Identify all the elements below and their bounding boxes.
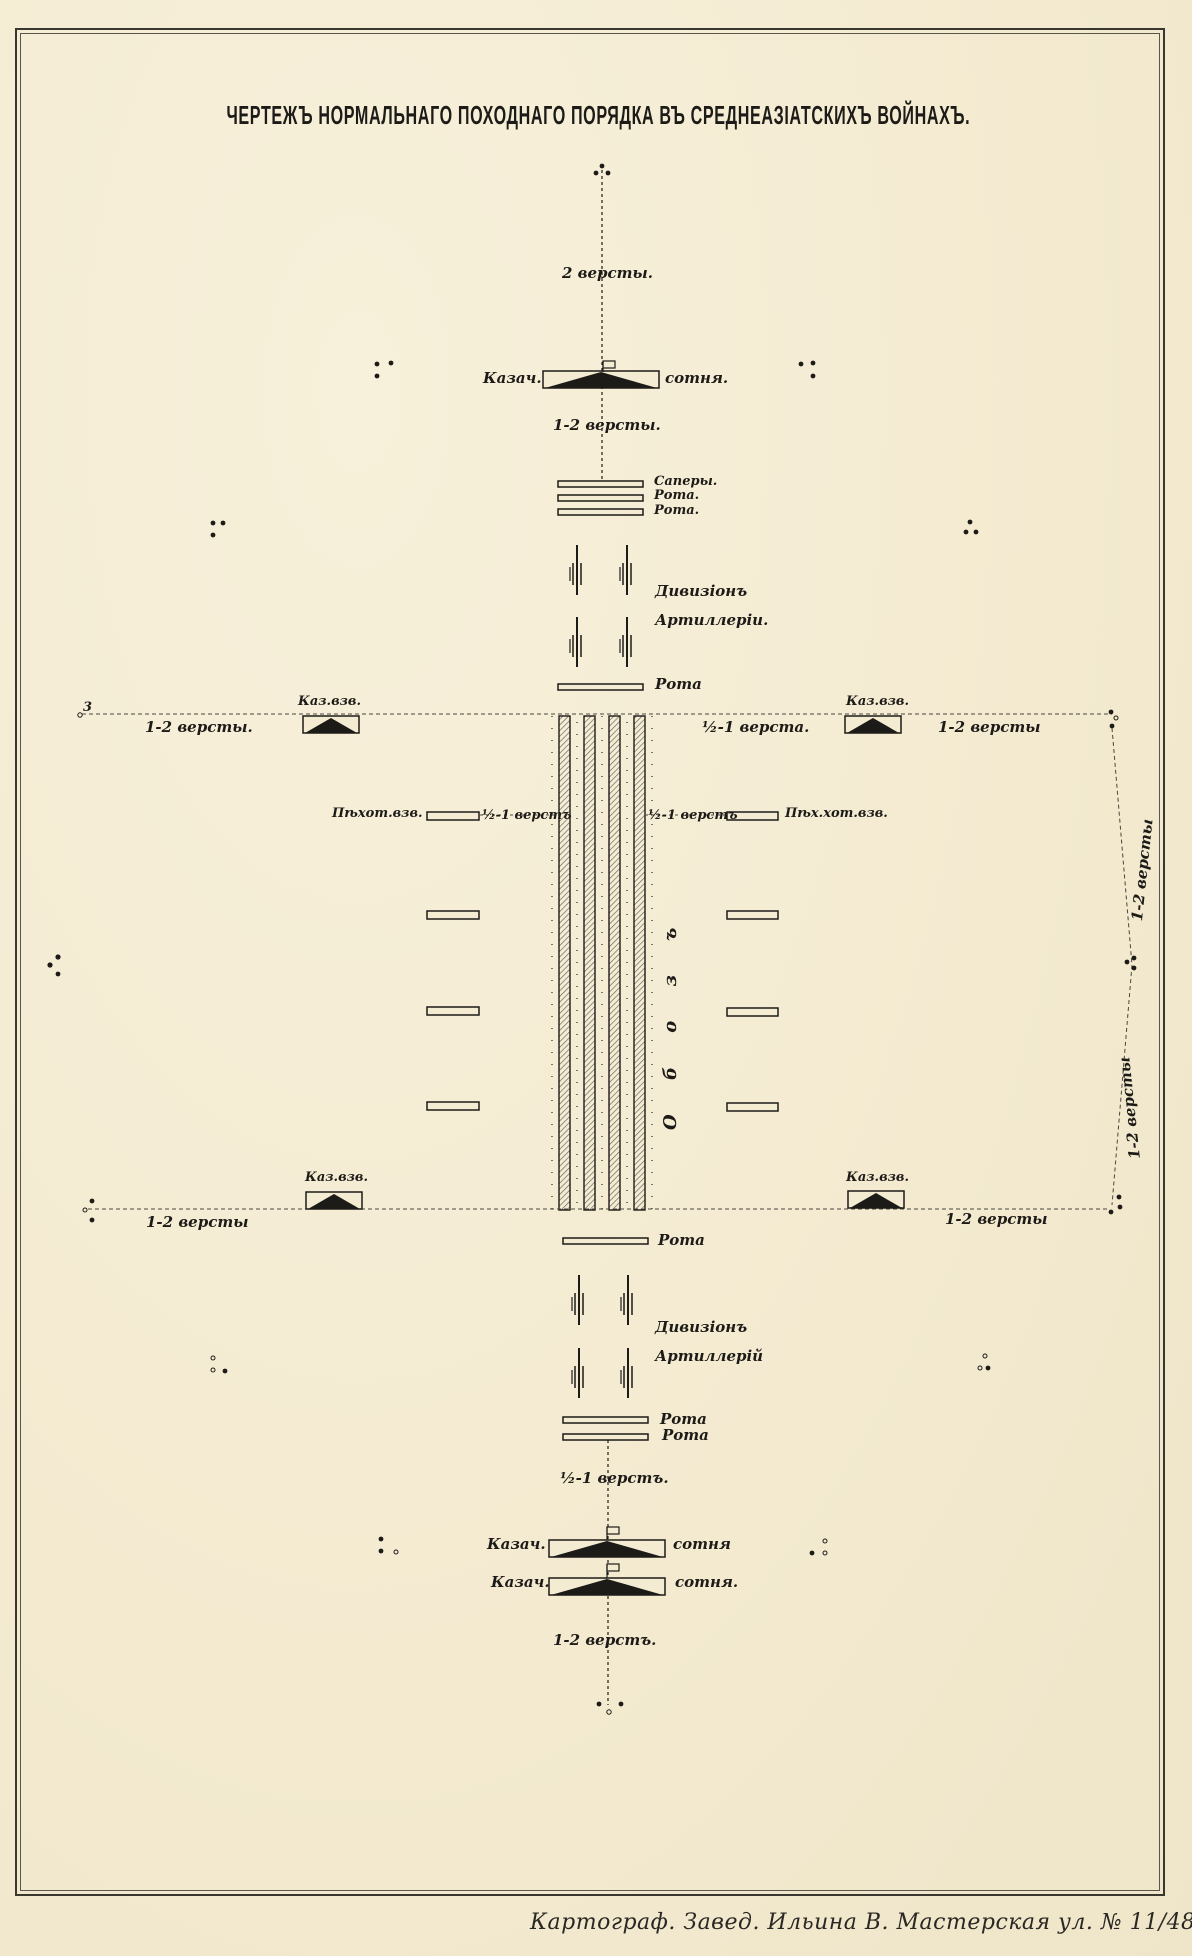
vanguard-artillery [570,545,631,667]
rear-patrol-dots [597,1702,624,1715]
label-rear-distance-2: 1-2 верстъ. [553,1631,656,1649]
right-infantry-platoons [727,812,778,1111]
baggage-train-columns [552,716,652,1210]
vanguard-cossack-sotnia [543,361,659,388]
label-infantry-right-distance: ½-1 верстъ [648,808,738,823]
label-artillery-division: Дивизiонъ [655,582,747,600]
advance-patrol-dots [594,164,611,176]
label-infantry-right: Пѣх.хот.взв. [785,806,888,821]
label-lower-right-cossack: Каз.взв. [846,1170,909,1185]
label-artillery: Артиллерiи. [655,611,768,629]
outer-dot-groups [211,520,979,538]
label-company-1: Рота. [654,488,699,503]
label-infantry-left: Пѣхот.взв. [332,806,423,821]
label-lower-left-cossack: Каз.взв. [305,1170,368,1185]
upper-left-cossack-box [303,716,359,733]
label-sappers: Саперы. [654,474,717,489]
label-cossack-left: Казач. [483,369,542,387]
label-baggage-train: О б о з ъ [660,914,681,1130]
label-upper-left-cossack: Каз.взв. [298,694,361,709]
lower-left-dots [83,1199,94,1223]
rearguard-artillery [572,1275,632,1398]
march-order-diagram [0,0,1192,1956]
upper-right-dots [1109,710,1118,729]
label-infantry-left-distance: ½-1 верстъ [482,808,572,823]
label-distance-2-versts: 2 версты. [562,264,653,282]
rearguard-companies [563,1417,648,1440]
label-rear-company-3: Рота [662,1426,709,1444]
rear-cossack-sotnia-1 [549,1527,665,1557]
label-upper-right-inner-distance: ½-1 верста. [702,718,809,736]
label-rear-cossack-1-left: Казач. [487,1535,546,1553]
label-lower-left-distance: 1-2 версты [146,1213,248,1231]
lower-right-cossack-box [848,1191,904,1208]
label-rear-artillery: Артиллерiй [655,1347,763,1365]
label-rear-company-1: Рота [658,1231,705,1249]
lower-left-cossack-box [306,1192,362,1209]
label-rear-cossack-1-right: сотня [673,1535,731,1553]
publisher-footer: Картограф. Завед. Ильина В. Мастерская у… [530,1910,1192,1935]
label-upper-left-distance: 1-2 версты. [145,718,253,736]
lower-right-dots [1109,1195,1123,1215]
sapper-companies [558,481,643,515]
upper-right-cossack-box [845,716,901,733]
left-mid-dots [47,954,60,976]
rear-cossack-sotnia-2 [549,1564,665,1595]
label-company-3: Рота [655,675,702,693]
label-distance-1-2-versts: 1-2 версты. [553,416,661,434]
corner-mark: 3 [83,700,92,715]
rear-outer-dots [211,1354,990,1373]
label-cossack-right: сотня. [665,369,728,387]
label-rear-distance-1: ½-1 верстъ. [560,1469,669,1487]
label-upper-right-cossack: Каз.взв. [846,694,909,709]
left-infantry-platoons [427,812,479,1110]
vanguard-company-bar [558,684,643,690]
label-rear-cossack-2-right: сотня. [675,1573,738,1591]
right-mid-dots [1125,956,1137,971]
label-rear-cossack-2-left: Казач. [491,1573,550,1591]
label-upper-right-outer-distance: 1-2 версты [938,718,1040,736]
label-company-2: Рота. [654,503,699,518]
label-rear-artillery-division: Дивизiонъ [655,1318,747,1336]
rearguard-company-bar [563,1238,648,1244]
label-lower-right-distance: 1-2 версты [945,1210,1047,1228]
